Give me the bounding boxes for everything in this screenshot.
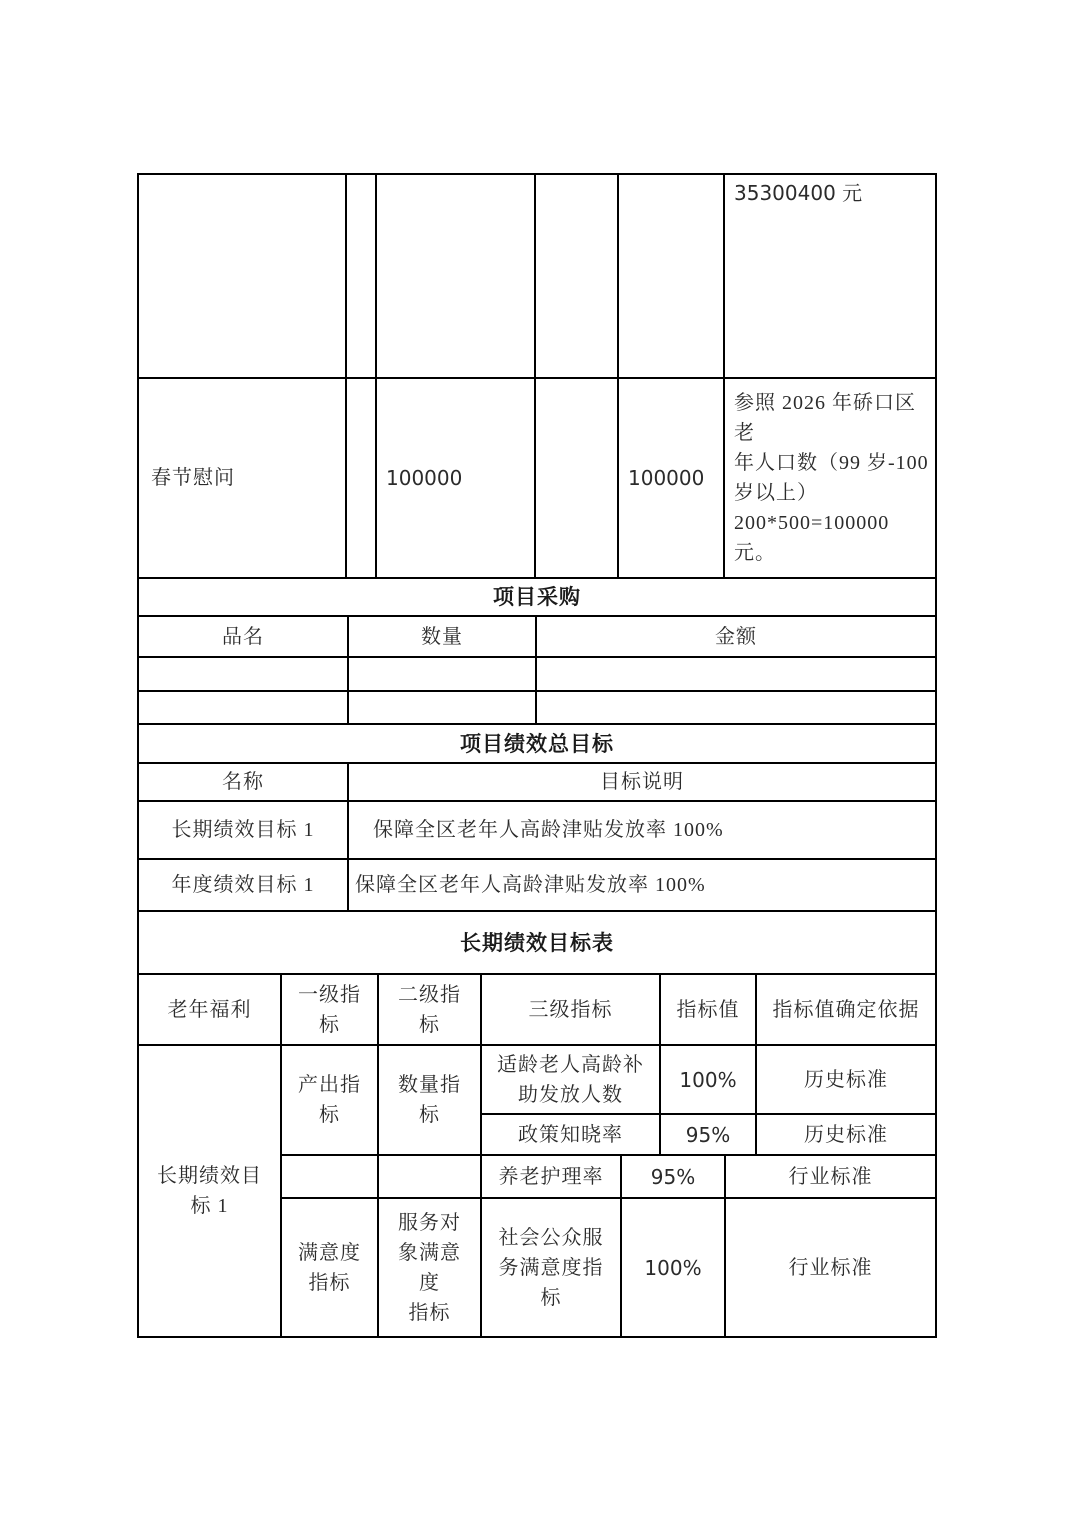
indicator-value-cell: 100% bbox=[660, 1045, 756, 1114]
longterm-table-title: 长期绩效目标表 bbox=[138, 911, 936, 974]
empty-cell bbox=[378, 1155, 481, 1198]
col-header-category: 老年福利 bbox=[138, 974, 281, 1045]
procurement-title: 项目采购 bbox=[138, 578, 936, 616]
total-amount-cell: 100000 bbox=[618, 378, 724, 578]
longterm-target-row: 长期绩效目标 1 保障全区老年人高龄津贴发放率 100% bbox=[138, 801, 936, 859]
carryover-remark-cell: 35300400 元 bbox=[724, 174, 936, 378]
indicator-basis-cell: 历史标准 bbox=[756, 1045, 936, 1114]
empty-cell bbox=[346, 174, 376, 378]
procurement-header-row: 品名 数量 金额 bbox=[138, 616, 936, 657]
col-header-level2: 二级指 标 bbox=[378, 974, 481, 1045]
empty-cell bbox=[348, 691, 536, 724]
target-name-cell: 长期绩效目 标 1 bbox=[138, 1045, 281, 1337]
empty-cell bbox=[618, 174, 724, 378]
overall-targets-table: 项目绩效总目标 名称 目标说明 长期绩效目标 1 保障全区老年人高龄津贴发放率 … bbox=[137, 723, 937, 912]
empty-cell bbox=[535, 174, 618, 378]
indicator-row: 长期绩效目 标 1 产出指 标 数量指 标 适龄老人高龄补 助发放人数 100%… bbox=[138, 1045, 936, 1114]
indicator-value-cell: 95% bbox=[621, 1155, 725, 1198]
empty-cell bbox=[138, 174, 346, 378]
empty-cell bbox=[348, 657, 536, 691]
document-page: 35300400 元 春节慰问 100000 100000 参照 2026 年硚… bbox=[0, 0, 1074, 1520]
budget-rows-table: 35300400 元 春节慰问 100000 100000 参照 2026 年硚… bbox=[137, 173, 937, 579]
overall-targets-title: 项目绩效总目标 bbox=[138, 724, 936, 763]
level1-satisfaction-cell: 满意度 指标 bbox=[281, 1198, 378, 1337]
target-name-cell: 年度绩效目标 1 bbox=[138, 859, 348, 911]
indicator-name-cell: 养老护理率 bbox=[481, 1155, 621, 1198]
col-header-name: 名称 bbox=[138, 763, 348, 801]
empty-cell bbox=[536, 691, 936, 724]
target-description-cell: 保障全区老年人高龄津贴发放率 100% bbox=[348, 859, 936, 911]
col-header-value: 指标值 bbox=[660, 974, 756, 1045]
col-header-quantity: 数量 bbox=[348, 616, 536, 657]
target-name-cell: 长期绩效目标 1 bbox=[138, 801, 348, 859]
indicator-basis-cell: 历史标准 bbox=[756, 1114, 936, 1155]
col-header-amount: 金额 bbox=[536, 616, 936, 657]
longterm-header-row: 老年福利 一级指 标 二级指 标 三级指标 指标值 指标值确定依据 bbox=[138, 974, 936, 1045]
col-header-basis: 指标值确定依据 bbox=[756, 974, 936, 1045]
document-table-block: 35300400 元 春节慰问 100000 100000 参照 2026 年硚… bbox=[137, 173, 935, 1338]
target-description-cell: 保障全区老年人高龄津贴发放率 100% bbox=[348, 801, 936, 859]
procurement-table: 项目采购 品名 数量 金额 bbox=[137, 577, 937, 725]
col-header-level1: 一级指 标 bbox=[281, 974, 378, 1045]
indicator-value-cell: 100% bbox=[621, 1198, 725, 1337]
empty-cell bbox=[281, 1155, 378, 1198]
level1-output-cell: 产出指 标 bbox=[281, 1045, 378, 1155]
empty-cell bbox=[346, 378, 376, 578]
empty-cell bbox=[138, 691, 348, 724]
col-header-item: 品名 bbox=[138, 616, 348, 657]
carryover-row: 35300400 元 bbox=[138, 174, 936, 378]
indicator-name-cell: 适龄老人高龄补 助发放人数 bbox=[481, 1045, 660, 1114]
item-name-cell: 春节慰问 bbox=[138, 378, 346, 578]
indicator-basis-cell: 行业标准 bbox=[725, 1198, 936, 1337]
level2-quantity-cell: 数量指 标 bbox=[378, 1045, 481, 1155]
overall-targets-title-row: 项目绩效总目标 bbox=[138, 724, 936, 763]
empty-cell bbox=[376, 174, 535, 378]
procurement-empty-row bbox=[138, 657, 936, 691]
overall-targets-header-row: 名称 目标说明 bbox=[138, 763, 936, 801]
longterm-title-row: 长期绩效目标表 bbox=[138, 911, 936, 974]
indicator-value-cell: 95% bbox=[660, 1114, 756, 1155]
procurement-title-row: 项目采购 bbox=[138, 578, 936, 616]
level2-satisfaction-cell: 服务对 象满意 度 指标 bbox=[378, 1198, 481, 1337]
col-header-description: 目标说明 bbox=[348, 763, 936, 801]
empty-cell bbox=[138, 657, 348, 691]
col-header-level3: 三级指标 bbox=[481, 974, 660, 1045]
indicator-name-cell: 社会公众服 务满意度指 标 bbox=[481, 1198, 621, 1337]
budget-amount-cell: 100000 bbox=[376, 378, 535, 578]
indicator-basis-cell: 行业标准 bbox=[725, 1155, 936, 1198]
procurement-empty-row bbox=[138, 691, 936, 724]
spring-festival-row: 春节慰问 100000 100000 参照 2026 年硚口区老 年人口数（99… bbox=[138, 378, 936, 578]
empty-cell bbox=[536, 657, 936, 691]
indicator-name-cell: 政策知晓率 bbox=[481, 1114, 660, 1155]
longterm-indicators-table: 长期绩效目标表 老年福利 一级指 标 二级指 标 三级指标 指标值 指标值确定依… bbox=[137, 910, 937, 1338]
calculation-remark-cell: 参照 2026 年硚口区老 年人口数（99 岁-100 岁以上） 200*500… bbox=[724, 378, 936, 578]
empty-cell bbox=[535, 378, 618, 578]
annual-target-row: 年度绩效目标 1 保障全区老年人高龄津贴发放率 100% bbox=[138, 859, 936, 911]
